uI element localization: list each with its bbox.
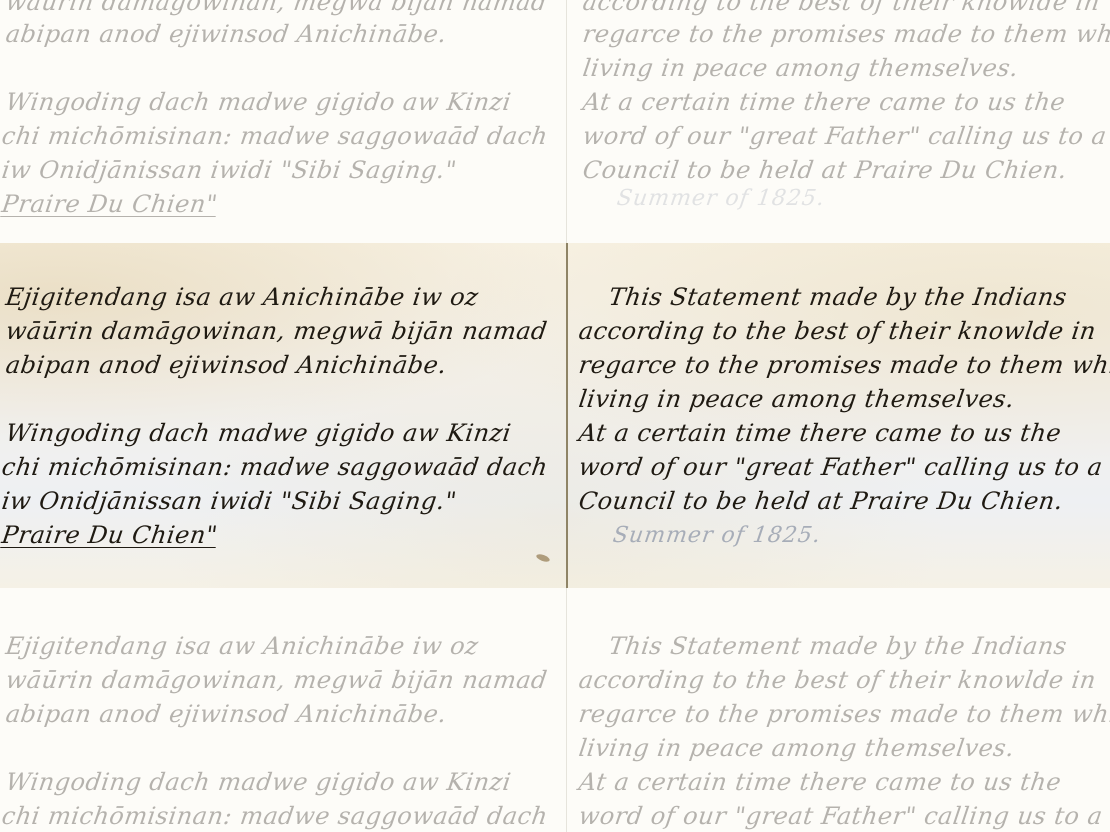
manuscript-line: living in peace among themselves. <box>577 385 1016 413</box>
manuscript-line: Council to be held at Praire Du Chien. <box>581 156 1069 184</box>
manuscript-page-excerpt: Ejigitendang isa aw Anichinābe iw oz wāū… <box>0 243 1110 588</box>
manuscript-line: wāūrin damāgowinan, megwā bijān namad <box>4 666 549 694</box>
manuscript-line: word of our "great Father" calling us to… <box>577 802 1104 830</box>
manuscript-line: Council to be held at Praire Du Chien. <box>577 487 1065 515</box>
manuscript-line: Ejigitendang isa aw Anichinābe iw oz <box>4 283 480 311</box>
manuscript-line: This Statement made by the Indians <box>607 283 1069 311</box>
manuscript-line: iw Onidjānissan iwidi "Sibi Saging." <box>0 156 459 184</box>
manuscript-line: Praire Du Chien" <box>0 521 219 549</box>
english-column: according to the best of their knowlde i… <box>569 0 1110 243</box>
manuscript-line: Praire Du Chien" <box>0 190 219 218</box>
faded-page-excerpt-top: wāūrin damāgowinan, megwā bijān namad ab… <box>0 0 1110 243</box>
manuscript-line: At a certain time there came to us the <box>581 88 1067 116</box>
manuscript-line: regarce to the promises made to them whi… <box>577 351 1110 379</box>
manuscript-line: according to the best of their knowlde i… <box>577 317 1098 345</box>
manuscript-line: chi michōmisinan: madwe saggowaād dach <box>0 802 550 830</box>
manuscript-line: according to the best of their knowlde i… <box>577 666 1098 694</box>
manuscript-line: chi michōmisinan: madwe saggowaād dach <box>0 122 550 150</box>
english-column: This Statement made by the Indians accor… <box>569 243 1110 588</box>
manuscript-line: Wingoding dach madwe gigido aw Kinzi <box>4 419 513 447</box>
manuscript-line: At a certain time there came to us the <box>577 419 1063 447</box>
manuscript-line: living in peace among themselves. <box>577 734 1016 762</box>
ojibwe-column: Ejigitendang isa aw Anichinābe iw oz wāū… <box>0 243 567 588</box>
manuscript-line: abipan anod ejiwinsod Anichinābe. <box>4 700 449 728</box>
column-divider <box>566 243 568 588</box>
manuscript-line: wāūrin damāgowinan, megwā bijān namad <box>4 317 549 345</box>
ojibwe-column: Ejigitendang isa aw Anichinābe iw oz wāū… <box>0 588 567 832</box>
pencil-annotation: Summer of 1825. <box>611 523 822 548</box>
faded-page-excerpt-bottom: Ejigitendang isa aw Anichinābe iw oz wāū… <box>0 588 1110 832</box>
manuscript-line: living in peace among themselves. <box>581 54 1020 82</box>
manuscript-line: At a certain time there came to us the <box>577 768 1063 796</box>
manuscript-line: abipan anod ejiwinsod Anichinābe. <box>4 20 449 48</box>
manuscript-line: wāūrin damāgowinan, megwā bijān namad <box>4 0 549 16</box>
manuscript-line: Wingoding dach madwe gigido aw Kinzi <box>4 768 513 796</box>
manuscript-line: regarce to the promises made to them whi… <box>577 700 1110 728</box>
manuscript-line: word of our "great Father" calling us to… <box>581 122 1108 150</box>
manuscript-line: chi michōmisinan: madwe saggowaād dach <box>0 453 550 481</box>
manuscript-line: iw Onidjānissan iwidi "Sibi Saging." <box>0 487 459 515</box>
manuscript-line: This Statement made by the Indians <box>607 632 1069 660</box>
pencil-annotation: Summer of 1825. <box>615 186 826 211</box>
manuscript-line: Ejigitendang isa aw Anichinābe iw oz <box>4 632 480 660</box>
manuscript-line: according to the best of their knowlde i… <box>581 0 1102 16</box>
column-divider <box>566 0 567 243</box>
ink-blot <box>535 553 550 563</box>
english-column: This Statement made by the Indians accor… <box>569 588 1110 832</box>
manuscript-line: Wingoding dach madwe gigido aw Kinzi <box>4 88 513 116</box>
manuscript-line: word of our "great Father" calling us to… <box>577 453 1104 481</box>
manuscript-line: abipan anod ejiwinsod Anichinābe. <box>4 351 449 379</box>
manuscript-line: regarce to the promises made to them whi… <box>581 20 1110 48</box>
ojibwe-column: wāūrin damāgowinan, megwā bijān namad ab… <box>0 0 567 243</box>
column-divider <box>566 588 567 832</box>
